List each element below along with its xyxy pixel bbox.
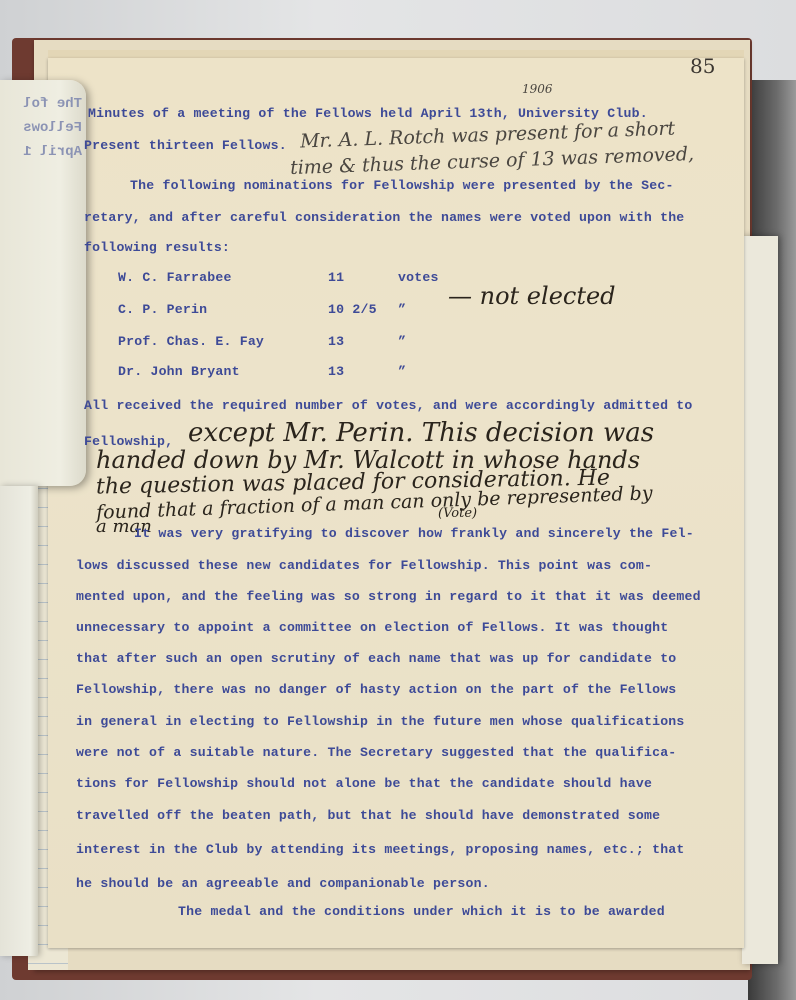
inserted-card [742,236,778,964]
vote-count: 10 2/5 [328,302,377,317]
body-line: tions for Fellowship should not alone be… [76,776,652,791]
present-line: Present thirteen Fellows. [84,138,287,153]
nominee-name: Prof. Chas. E. Fay [118,334,264,349]
lower-leaf-edge [0,486,38,956]
folded-leaf[interactable]: The fol Fellows April 1 [0,80,86,486]
vote-unit: votes [398,270,439,285]
vote-unit: ” [398,302,406,317]
not-elected-annotation: — not elected [448,282,616,310]
nominations-line-3: following results: [84,240,230,255]
mirrored-text-line: Fellows [2,120,82,136]
vote-row: C. P. Perin 10 2/5 ” [118,302,458,320]
vote-unit: ” [398,364,406,379]
body-line: in general in electing to Fellowship in … [76,714,685,729]
vote-count: 13 [328,364,344,379]
vote-row: Prof. Chas. E. Fay 13 ” [118,334,458,352]
body-line: that after such an open scrutiny of each… [76,651,676,666]
year-annotation: 1906 [522,82,553,96]
vote-row: Dr. John Bryant 13 ” [118,364,458,382]
medal-line: The medal and the conditions under which… [178,904,665,919]
vote-insert-annotation: (Vote) [438,506,477,521]
body-line: It was very gratifying to discover how f… [134,526,694,541]
mirrored-text-line: The fol [2,96,82,112]
body-line: he should be an agreeable and companiona… [76,876,490,891]
body-line: lows discussed these new candidates for … [76,558,652,573]
admitted-line-1: All received the required number of vote… [84,398,693,413]
nominations-line-1: The following nominations for Fellowship… [130,178,674,193]
mirrored-text-line: April 1 [2,144,82,160]
body-line: interest in the Club by attending its me… [76,842,685,857]
page-number: 85 [690,54,715,78]
body-line: mented upon, and the feeling was so stro… [76,589,701,604]
nominations-line-2: retary, and after careful consideration … [84,210,684,225]
body-line: travelled off the beaten path, but that … [76,808,660,823]
nominee-name: C. P. Perin [118,302,207,317]
body-line: Fellowship, there was no danger of hasty… [76,682,676,697]
body-line: were not of a suitable nature. The Secre… [76,745,676,760]
minutes-heading: Minutes of a meeting of the Fellows held… [88,106,648,121]
perin-annotation-line-1: except Mr. Perin. This decision was [188,418,654,448]
vote-count: 11 [328,270,344,285]
nominee-name: Dr. John Bryant [118,364,240,379]
body-line: unnecessary to appoint a committee on el… [76,620,668,635]
nominee-name: W. C. Farrabee [118,270,232,285]
vote-row: W. C. Farrabee 11 votes [118,270,458,288]
vote-unit: ” [398,334,406,349]
vote-count: 13 [328,334,344,349]
